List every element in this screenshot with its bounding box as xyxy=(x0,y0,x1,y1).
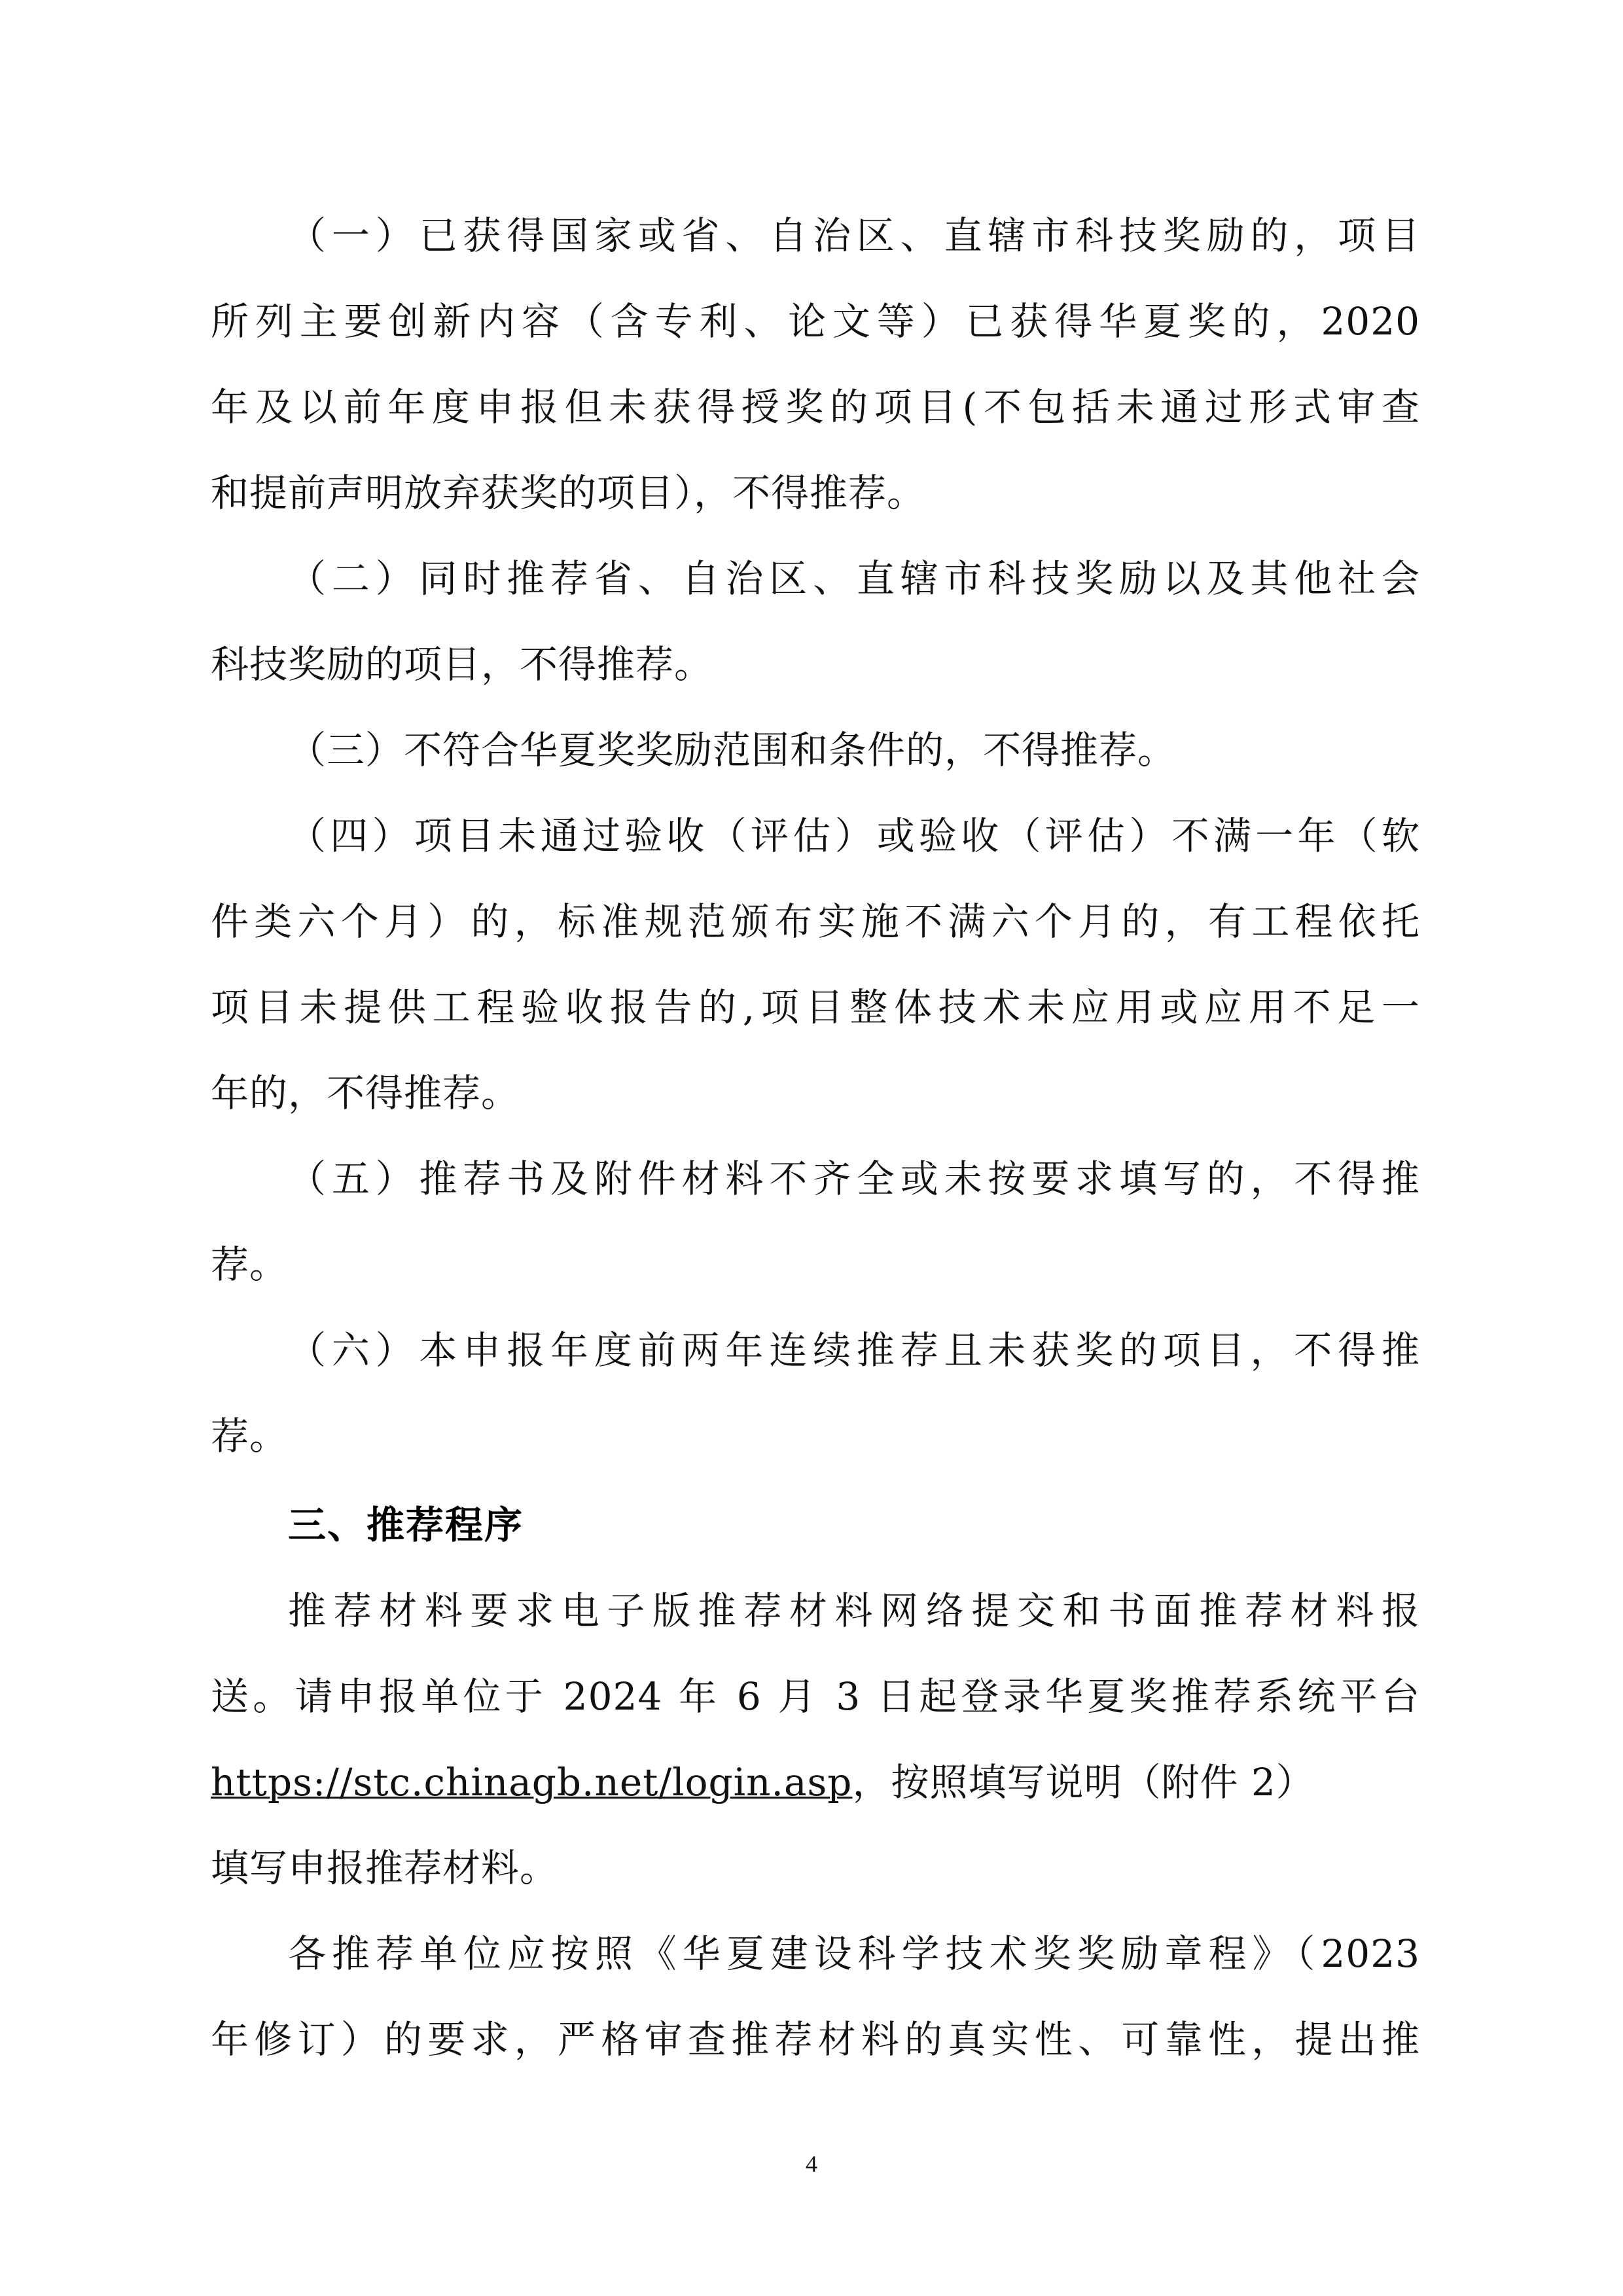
procedure-p1-line-3: https://stc.chinagb.net/login.asp，按照填写说明… xyxy=(211,1753,1420,1812)
document-page: （一）已获得国家或省、自治区、直辖市科技奖励的，项目 所列主要创新内容（含专利、… xyxy=(0,0,1623,2296)
item-5-line-1: （五）推荐书及附件材料不齐全或未按要求填写的，不得推 xyxy=(288,1149,1420,1208)
item-1-line-4: 和提前声明放弃获奖的项目），不得推荐。 xyxy=(211,463,1420,522)
procedure-p1-line-1: 推荐材料要求电子版推荐材料网络提交和书面推荐材料报 xyxy=(288,1581,1420,1640)
platform-url-link[interactable]: https://stc.chinagb.net/login.asp xyxy=(211,1760,852,1804)
item-5-line-2: 荐。 xyxy=(211,1235,1420,1294)
procedure-p1-line-4: 填写申报推荐材料。 xyxy=(211,1839,1420,1897)
section-heading: 三、推荐程序 xyxy=(288,1496,524,1554)
procedure-p2-line-1: 各推荐单位应按照《华夏建设科学技术奖奖励章程》（2023 xyxy=(288,1924,1420,1983)
procedure-p2-line-2: 年修订）的要求，严格审查推荐材料的真实性、可靠性，提出推 xyxy=(211,2010,1420,2069)
page-number: 4 xyxy=(0,2150,1623,2178)
item-6-line-2: 荐。 xyxy=(211,1407,1420,1465)
item-2-line-1: （二）同时推荐省、自治区、直辖市科技奖励以及其他社会 xyxy=(288,549,1420,608)
item-2-line-2: 科技奖励的项目，不得推荐。 xyxy=(211,635,1420,694)
item-4-line-4: 年的，不得推荐。 xyxy=(211,1064,1420,1122)
procedure-p1-line-2: 送。请申报单位于 2024 年 6 月 3 日起登录华夏奖推荐系统平台 xyxy=(211,1667,1420,1726)
item-3-line-1: （三）不符合华夏奖奖励范围和条件的，不得推荐。 xyxy=(288,721,1420,780)
item-6-line-1: （六）本申报年度前两年连续推荐且未获奖的项目，不得推 xyxy=(288,1321,1420,1380)
item-4-line-2: 件类六个月）的，标准规范颁布实施不满六个月的，有工程依托 xyxy=(211,892,1420,951)
item-1-line-3: 年及以前年度申报但未获得授奖的项目(不包括未通过形式审查 xyxy=(211,378,1420,437)
item-4-line-3: 项目未提供工程验收报告的,项目整体技术未应用或应用不足一 xyxy=(211,978,1420,1037)
item-1-line-1: （一）已获得国家或省、自治区、直辖市科技奖励的，项目 xyxy=(288,206,1420,265)
item-4-line-1: （四）项目未通过验收（评估）或验收（评估）不满一年（软 xyxy=(288,806,1420,865)
procedure-p1-line-3-rest: ，按照填写说明（附件 2） xyxy=(852,1760,1314,1804)
item-1-line-2: 所列主要创新内容（含专利、论文等）已获得华夏奖的，2020 xyxy=(211,292,1420,351)
